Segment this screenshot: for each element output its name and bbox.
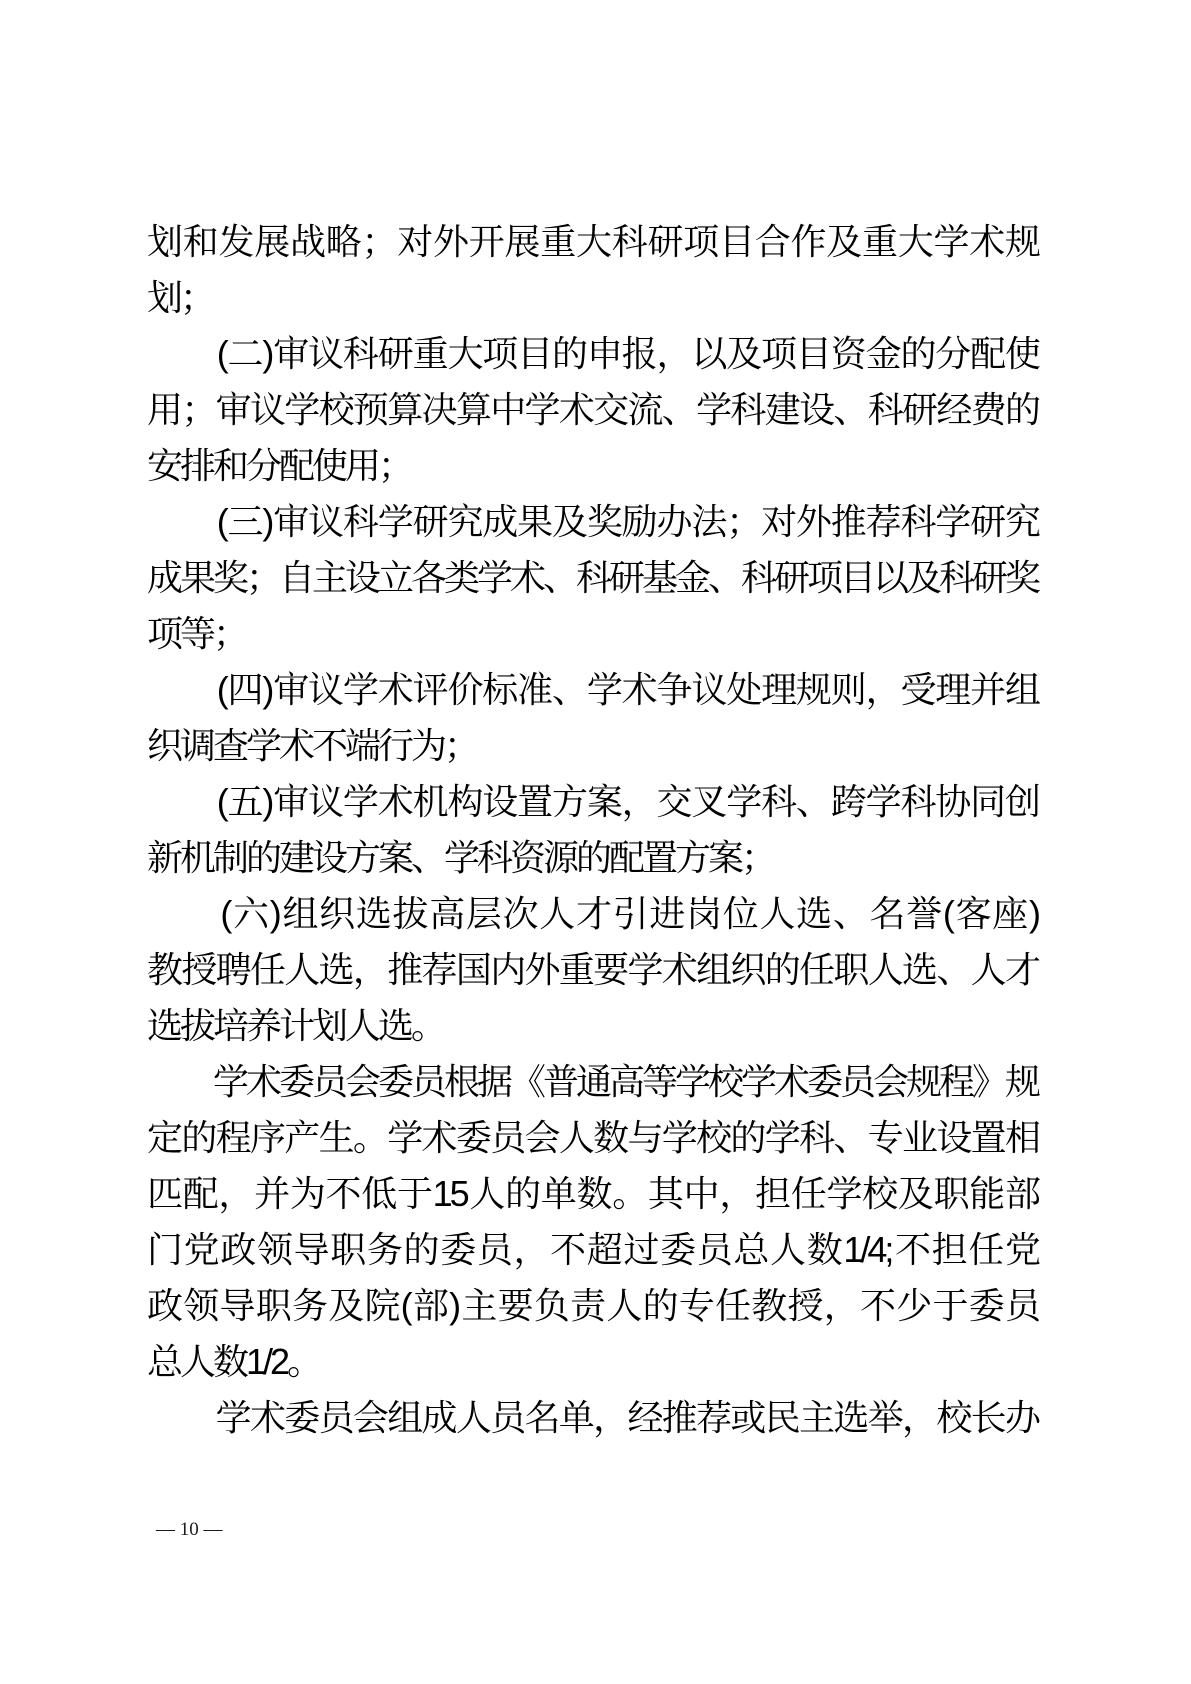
text-line: 门党政领导职务的委员，不超过委员总人数1/4;不担任党	[147, 1222, 1038, 1278]
text-line: (六)组织选拔高层次人才引进岗位人选、名誉(客座)	[147, 886, 1038, 942]
text-line: 新机制的建设方案、学科资源的配置方案；	[147, 830, 1038, 886]
text-line: 成果奖；自主设立各类学术、科研基金、科研项目以及科研奖	[147, 550, 1038, 606]
text-line: 学术委员会委员根据《普通高等学校学术委员会规程》规	[147, 1054, 1038, 1110]
text-line: 学术委员会组成人员名单，经推荐或民主选举，校长办	[147, 1390, 1038, 1446]
document-body: 划和发展战略；对外开展重大科研项目合作及重大学术规划； (二)审议科研重大项目的…	[147, 214, 1038, 1446]
paragraph: 学术委员会委员根据《普通高等学校学术委员会规程》规定的程序产生。学术委员会人数与…	[147, 1054, 1038, 1390]
paragraph: (五)审议学术机构设置方案，交叉学科、跨学科协同创新机制的建设方案、学科资源的配…	[147, 774, 1038, 886]
text-line: 匹配，并为不低于15人的单数。其中，担任学校及职能部	[147, 1166, 1038, 1222]
paragraph: 学术委员会组成人员名单，经推荐或民主选举，校长办	[147, 1390, 1038, 1446]
text-line: (四)审议学术评价标准、学术争议处理规则，受理并组	[147, 662, 1038, 718]
paragraph: (六)组织选拔高层次人才引进岗位人选、名誉(客座)教授聘任人选，推荐国内外重要学…	[147, 886, 1038, 1054]
text-line: (三)审议科学研究成果及奖励办法；对外推荐科学研究	[147, 494, 1038, 550]
text-line: (二)审议科研重大项目的申报，以及项目资金的分配使	[147, 326, 1038, 382]
text-line: 选拔培养计划人选。	[147, 998, 1038, 1054]
text-line: (五)审议学术机构设置方案，交叉学科、跨学科协同创	[147, 774, 1038, 830]
text-line: 用；审议学校预算决算中学术交流、学科建设、科研经费的	[147, 382, 1038, 438]
paragraph: (二)审议科研重大项目的申报，以及项目资金的分配使用；审议学校预算决算中学术交流…	[147, 326, 1038, 494]
paragraph: (四)审议学术评价标准、学术争议处理规则，受理并组织调查学术不端行为；	[147, 662, 1038, 774]
text-line: 教授聘任人选，推荐国内外重要学术组织的任职人选、人才	[147, 942, 1038, 998]
paragraph: (三)审议科学研究成果及奖励办法；对外推荐科学研究成果奖；自主设立各类学术、科研…	[147, 494, 1038, 662]
page-number: — 10 —	[156, 1516, 223, 1544]
document-page: 划和发展战略；对外开展重大科研项目合作及重大学术规划； (二)审议科研重大项目的…	[0, 0, 1191, 1684]
text-line: 划和发展战略；对外开展重大科研项目合作及重大学术规	[147, 214, 1038, 270]
text-line: 定的程序产生。学术委员会人数与学校的学科、专业设置相	[147, 1110, 1038, 1166]
paragraph: 划和发展战略；对外开展重大科研项目合作及重大学术规划；	[147, 214, 1038, 326]
text-line: 政领导职务及院(部)主要负责人的专任教授，不少于委员	[147, 1278, 1038, 1334]
text-line: 总人数1/2。	[147, 1334, 1038, 1390]
text-line: 划；	[147, 270, 1038, 326]
text-line: 安排和分配使用；	[147, 438, 1038, 494]
text-line: 织调查学术不端行为；	[147, 718, 1038, 774]
text-line: 项等；	[147, 606, 1038, 662]
